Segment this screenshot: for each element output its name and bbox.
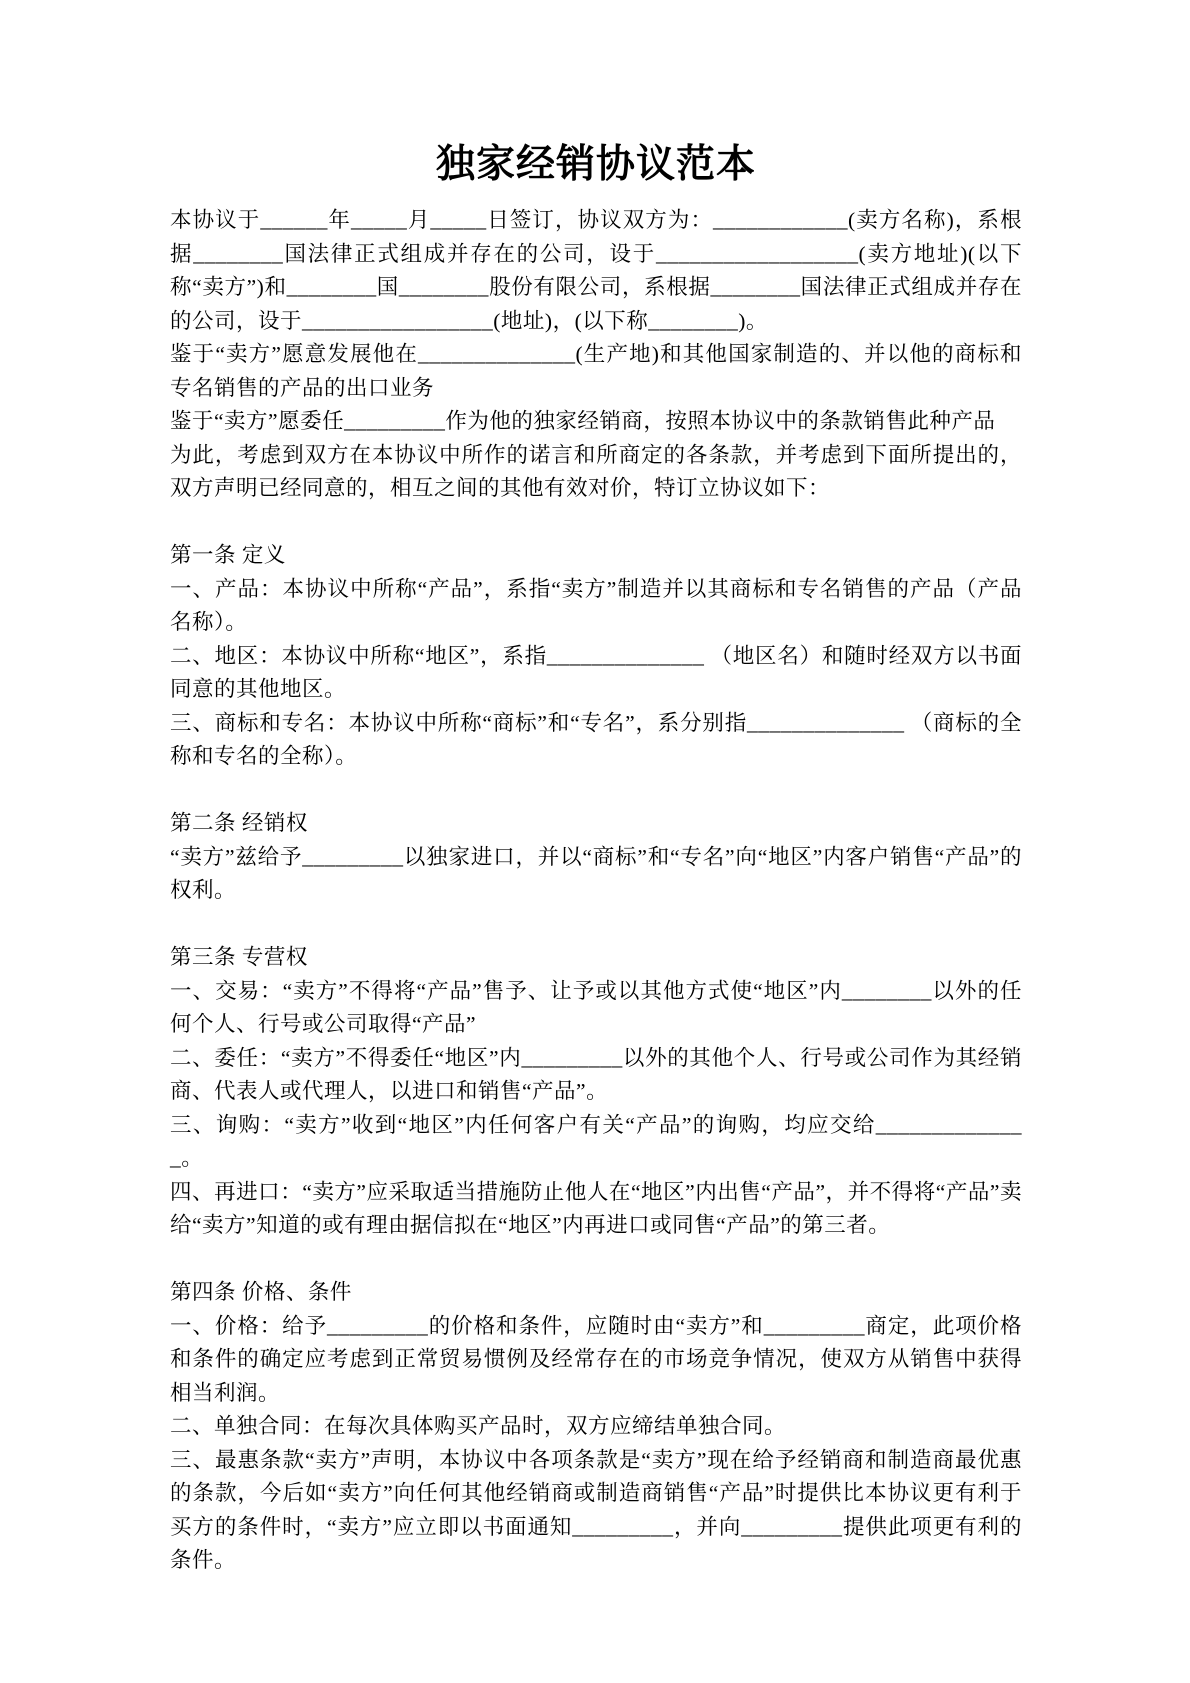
section-4-clause-1: 一、价格：给予_________的价格和条件，应随时由“卖方”和________… [170, 1310, 1022, 1411]
section-2-clause-1: “卖方”兹给予_________以独家进口，并以“商标”和“专名”向“地区”内客… [170, 841, 1022, 908]
section-1-heading: 第一条 定义 [170, 539, 1022, 573]
section-3-heading: 第三条 专营权 [170, 941, 1022, 975]
section-article-2-distribution-right: 第二条 经销权 “卖方”兹给予_________以独家进口，并以“商标”和“专名… [170, 807, 1022, 908]
intro-block: 本协议于______年_____月_____日签订，协议双方为：________… [170, 204, 1022, 506]
section-article-4-price-terms: 第四条 价格、条件 一、价格：给予_________的价格和条件，应随时由“卖方… [170, 1276, 1022, 1578]
section-2-heading: 第二条 经销权 [170, 807, 1022, 841]
section-4-heading: 第四条 价格、条件 [170, 1276, 1022, 1310]
intro-paragraph-signing: 本协议于______年_____月_____日签订，协议双方为：________… [170, 204, 1022, 338]
section-1-clause-2: 二、地区：本协议中所称“地区”，系指______________ （地区名）和随… [170, 640, 1022, 707]
section-4-clause-2: 二、单独合同：在每次具体购买产品时，双方应缔结单独合同。 [170, 1410, 1022, 1444]
section-article-3-exclusive-right: 第三条 专营权 一、交易：“卖方”不得将“产品”售予、让予或以其他方式使“地区”… [170, 941, 1022, 1243]
section-3-clause-3: 三、询购：“卖方”收到“地区”内任何客户有关“产品”的询购，均应交给______… [170, 1109, 1022, 1176]
section-1-clause-3: 三、商标和专名：本协议中所称“商标”和“专名”，系分别指____________… [170, 707, 1022, 774]
intro-paragraph-whereas-export: 鉴于“卖方”愿意发展他在______________(生产地)和其他国家制造的、… [170, 338, 1022, 405]
section-4-clause-3: 三、最惠条款“卖方”声明，本协议中各项条款是“卖方”现在给予经销商和制造商最优惠… [170, 1444, 1022, 1578]
section-article-1-definitions: 第一条 定义 一、产品：本协议中所称“产品”，系指“卖方”制造并以其商标和专名销… [170, 539, 1022, 774]
section-1-clause-1: 一、产品：本协议中所称“产品”，系指“卖方”制造并以其商标和专名销售的产品（产品… [170, 573, 1022, 640]
intro-paragraph-whereas-appoint: 鉴于“卖方”愿委任_________作为他的独家经销商，按照本协议中的条款销售此… [170, 405, 1022, 439]
contract-document-page: 独家经销协议范本 本协议于______年_____月_____日签订，协议双方为… [0, 0, 1190, 1683]
section-3-clause-1: 一、交易：“卖方”不得将“产品”售予、让予或以其他方式使“地区”内_______… [170, 975, 1022, 1042]
section-3-clause-2: 二、委任：“卖方”不得委任“地区”内_________以外的其他个人、行号或公司… [170, 1042, 1022, 1109]
intro-paragraph-consideration: 为此，考虑到双方在本协议中所作的诺言和所商定的各条款，并考虑到下面所提出的，双方… [170, 439, 1022, 506]
section-3-clause-4: 四、再进口：“卖方”应采取适当措施防止他人在“地区”内出售“产品”，并不得将“产… [170, 1176, 1022, 1243]
document-title: 独家经销协议范本 [170, 140, 1022, 190]
